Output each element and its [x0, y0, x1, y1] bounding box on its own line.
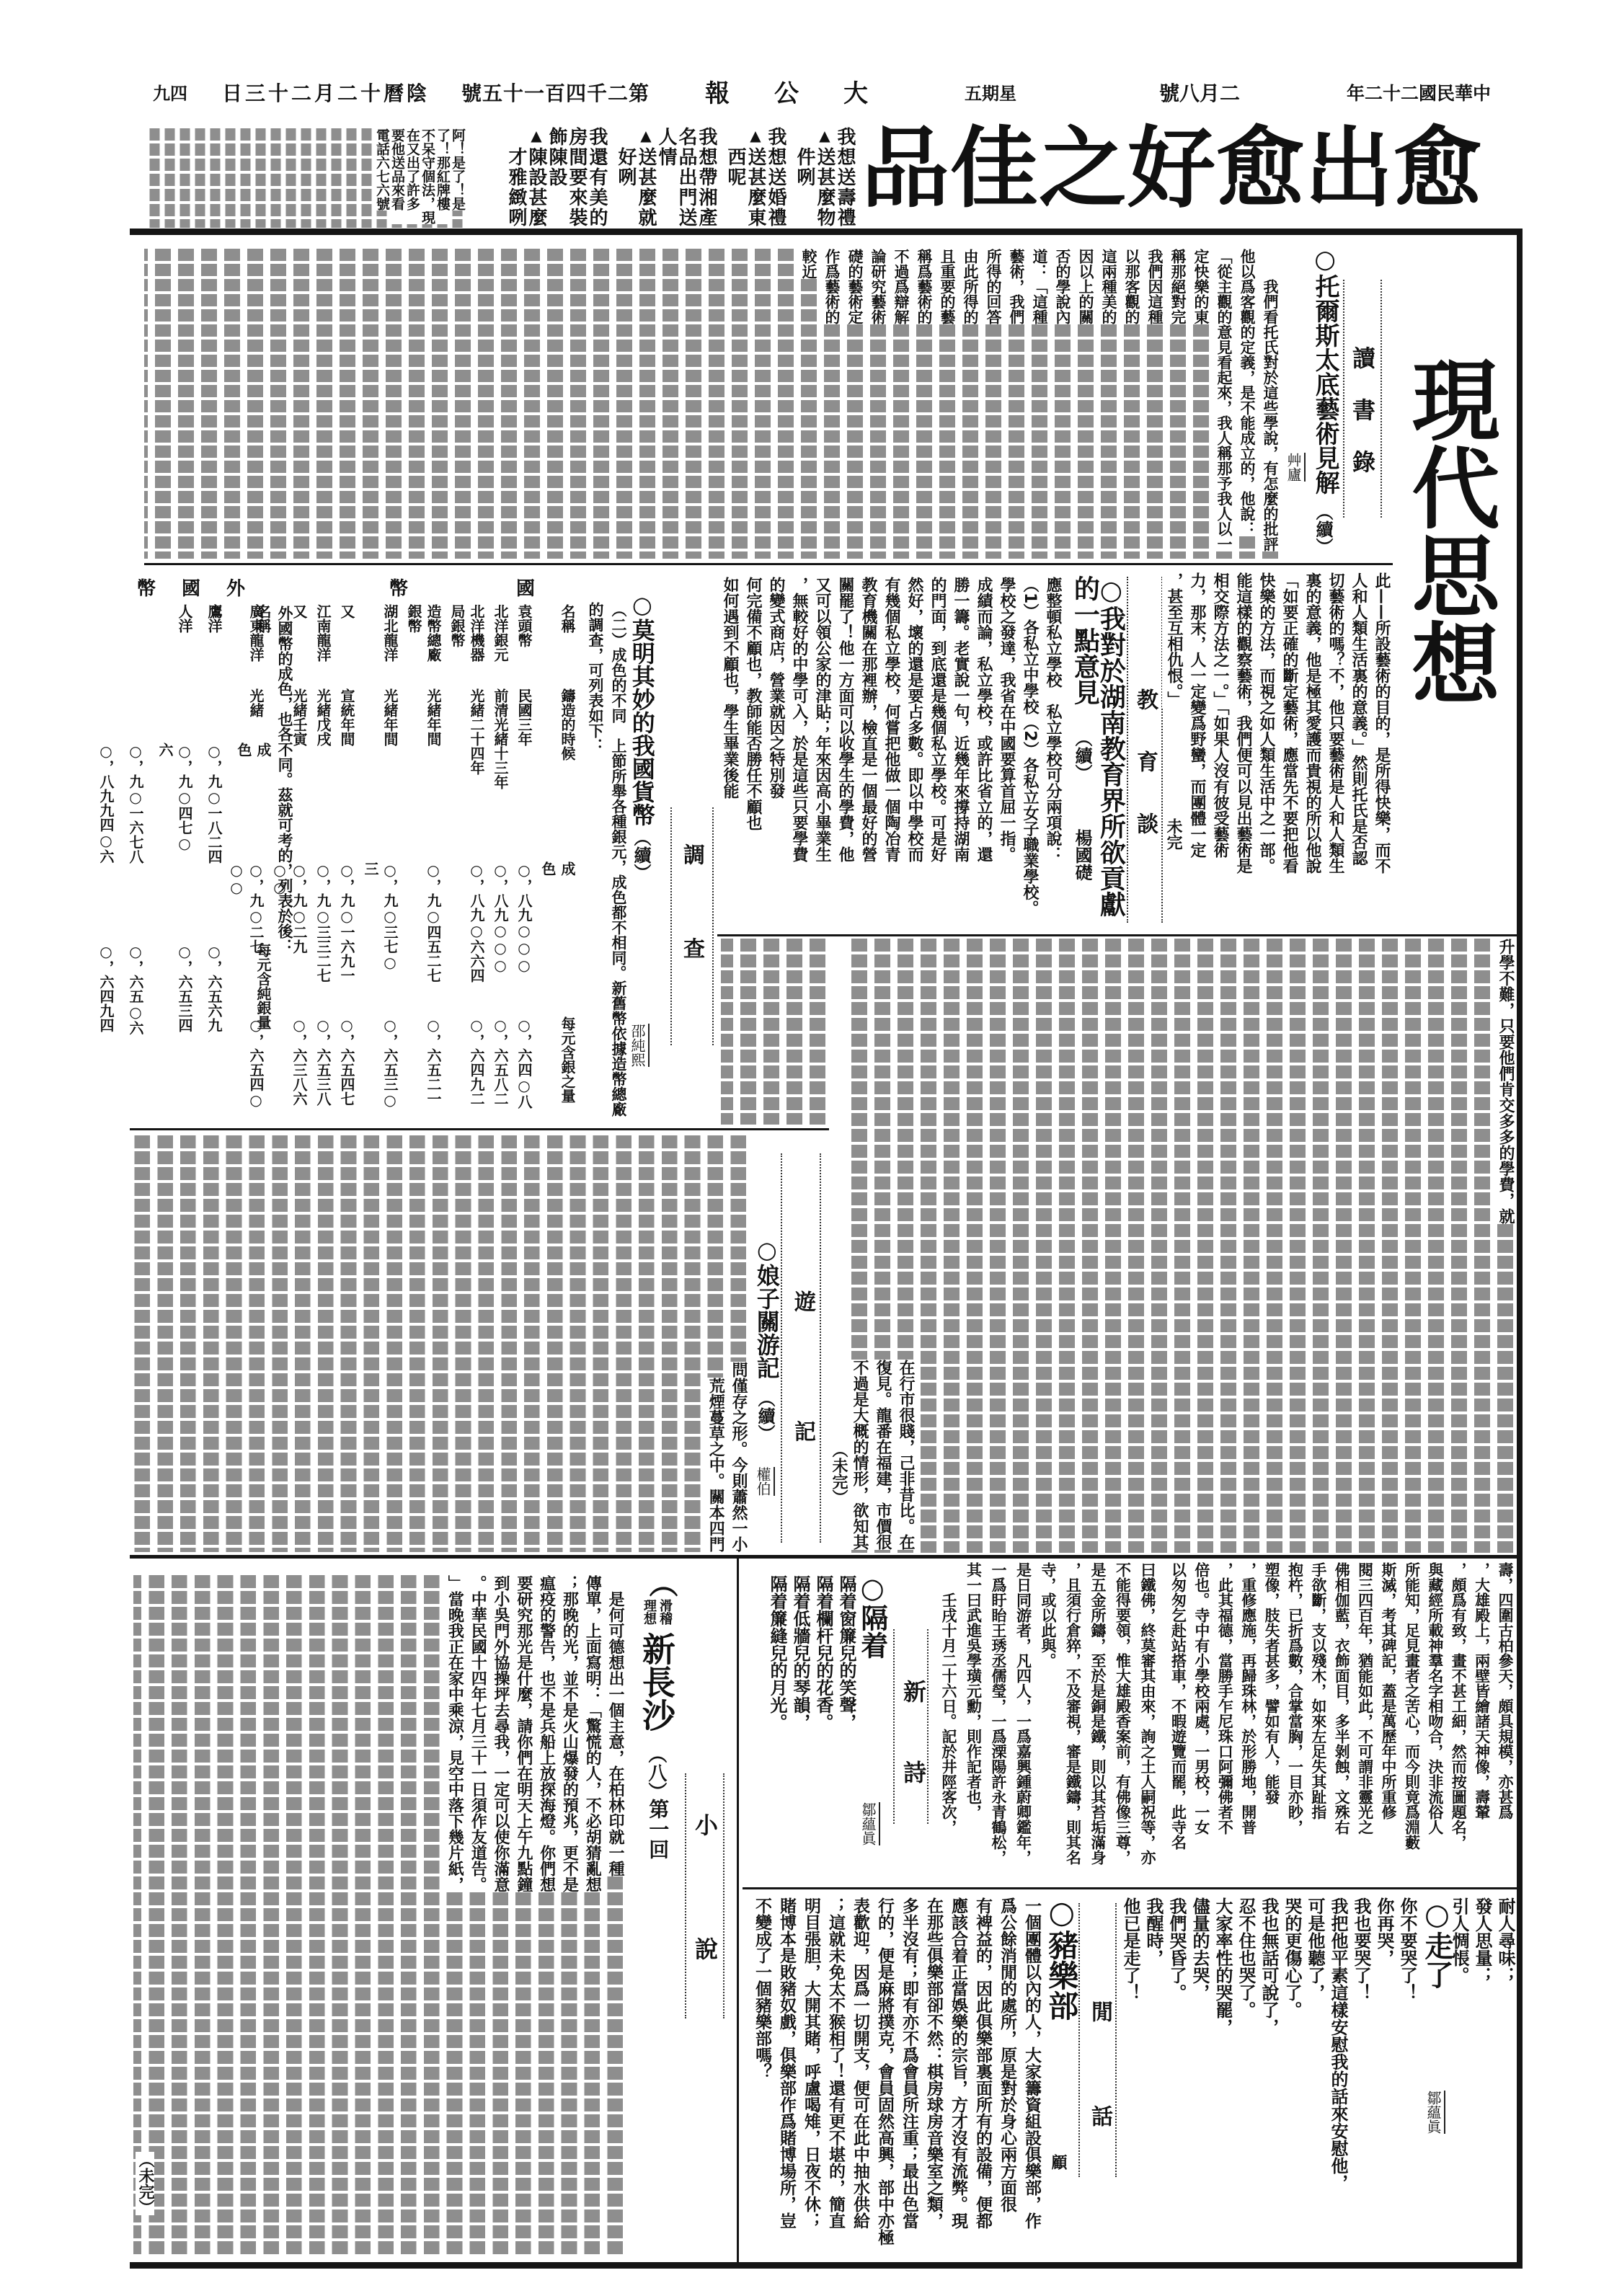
poem-line: 隔着窗簾兒的笑聲， [835, 1575, 858, 1731]
article-body-fiction: 是何可德想出一個主意，在柏林印就一種傳單，上面寫明：「驚慌的人，不必胡猜亂想；那… [133, 1575, 626, 2256]
table-row: 鷹洋 ○，九○一八二四 ○，六五六九 [204, 604, 223, 1044]
silver-content: ○，六五二一 [423, 1016, 443, 1125]
header-cell: 每元含銀之量 [557, 1016, 577, 1125]
text-column: 是何可德想出一個主意，在柏林印就一種 [603, 1575, 626, 1876]
text-column: 否的學說內 [1051, 249, 1074, 324]
text-column: ，且須行倉猝，不及審視，審是鐵鑄，則其名 [1060, 1562, 1086, 1865]
text-column: 曰鐵佛，終莫審其由來，詢之土人嗣祝等，亦 [1135, 1562, 1161, 1865]
advert-notice-text: 阿！是了！是了！那紅牌樓 不呆守個法，現在又出了許多 要他送品來看 電話六七六號 [374, 128, 466, 224]
advert-answer-text: 送甚麼物件咧 [794, 147, 836, 228]
text-column: 快樂的方法，而視之如人類生活中之一部。 [1254, 572, 1277, 874]
text-column: 這兩種美的 [1097, 249, 1120, 324]
text-column: 「如要正確的斷定藝術，應當先不要把他看 [1277, 572, 1300, 874]
text-column: 明目張胆，大開其賭，呼盧喝雉，日夜不休； [799, 1897, 823, 2229]
text-column: 」當晚我正在家中乘涼，見空中落下幾片紙， [443, 1575, 466, 1892]
continued-text-columns [721, 939, 829, 1125]
header-cell: 名稱 [557, 604, 577, 670]
text-column: ，頗爲有致，畫不甚工細，然而按圖題名， [1447, 1562, 1470, 1850]
text-column: 應該合着正當娛樂的宗旨，方才沒有流弊。現 [946, 1897, 970, 2229]
poem-line: 我們哭昏了。 [1165, 1897, 1188, 2001]
text-column: 所能知，足見畫者之苦心，而今則竟爲淵藪 [1400, 1562, 1423, 1850]
text-column: 是五金所鑄，至於是銅是鐵，則以其苔垢滿身 [1086, 1562, 1111, 1865]
coin-name: 又 [337, 604, 356, 670]
to-be-continued-mark: （未完） [136, 2152, 154, 2215]
advert-answer: ▲送甚麼物件咧 [794, 127, 835, 229]
text-column: 在那些俱樂部卻不然：棋房球房音樂室之類， [921, 1897, 946, 2229]
fineness: ○，九○一八二四 [204, 743, 223, 865]
section-rule [130, 1555, 1517, 1559]
wavy-divider [927, 1629, 930, 1824]
section-label-education: 教育談 [1133, 688, 1157, 874]
poem-line: 哭的更傷心了。 [1280, 1897, 1303, 2018]
issue-number: 第二千四百一十五號 [461, 79, 650, 108]
to-be-continued-mark: 未完 [1164, 818, 1182, 850]
article-body-tolstoy-continued: 此——所設藝術的目的，是所得快樂，而不人和人類生活裏的意義。」然則托氏是否認切藝… [1162, 572, 1393, 893]
fineness: ○，八九九四○六 [96, 743, 115, 865]
text-column: 人和人類生活裏的意義。」然則托氏是否認 [1347, 572, 1370, 866]
poem-line: 我也無話可說了， [1257, 1897, 1280, 2036]
wavy-divider [670, 807, 673, 1045]
advert-item: 我想送壽禮 ▲送甚麼物件咧 [794, 127, 855, 229]
text-column: 不過爲辯解 [890, 249, 913, 324]
text-column: 作爲藝術的 [820, 249, 843, 324]
coin-name: 袁頭幣 [514, 604, 533, 670]
table-row: 造幣總廠銀幣 光緒年間 ○，九○四五二七 ○，六五二一 [404, 604, 443, 1125]
wavy-divider [723, 1773, 726, 2018]
text-column: 斯滅，考其碑記，蓋是萬歷年中所重修 [1377, 1562, 1400, 1819]
table-caption-domestic: 國幣 [389, 574, 643, 600]
text-column: 升學不難，只要他們肯交多多的學費，就 [1494, 939, 1517, 1224]
text-column: 較近 [797, 249, 820, 279]
section-rule [743, 1887, 1517, 1889]
text-column: 復見。龍番在福建，市價很 [871, 1360, 894, 1550]
text-column: 他以爲客觀的定義，是不能成立的，他說： [1236, 249, 1259, 536]
wavy-divider [820, 1153, 823, 1543]
foreign-coin-intro: 外國幣的成色，也各不同。茲就可考的，列表於後： [274, 606, 296, 1125]
text-column: 表歡迎，因爲一切開支，便可在此中抽水供給 [848, 1897, 872, 2229]
article-title-education-line-1: ○我對於湖南教育界所欲貢獻 [1096, 575, 1125, 917]
header-cell: 每元含純銀量 [253, 943, 272, 1044]
right-border-rule [1517, 229, 1523, 2269]
domestic-coin-table: 名稱 鑄造的時候 成色 每元含銀之量 袁頭幣 民國三年 ○，八九○○○ ○，六四… [294, 604, 577, 1125]
poem-line: 我把他平素這樣安慰我的話來安慰他， [1326, 1897, 1350, 2191]
article-author: 邵純熙 [629, 1024, 650, 1067]
text-column: 且重要的藝 [936, 249, 959, 324]
article-body-travel: 問僅存之形。今則蕭然一小荒煙蔓草之中。關本四門 [133, 1135, 750, 1552]
poem-line: 他已是走了！ [1119, 1897, 1142, 2001]
text-column: 然好，壞的還是要占多數。即以中學校而 [903, 577, 926, 862]
fineness: ○，九○三三二七 [313, 861, 332, 984]
currency-continuation: 在行市很賤，己非昔比。在復見。龍番在福建，市價很不過是大概的情形，欲知其 [848, 939, 917, 1550]
text-column: 一個團體以內的人，大家籌資組設俱樂部，作 [1019, 1897, 1044, 2229]
advert-item: 我想帶湘產名品出門送人情 ▲送甚麼就好咧 [616, 127, 717, 229]
article-body-travel-continued: 曰鐵佛，終莫審其由來，詢之土人嗣祝等，亦不能得要領，惟大雄殿香案前，有佛像三尊，… [936, 1562, 1160, 1887]
advert-question: 我想帶湘產名品出門送人情 [656, 127, 717, 229]
text-column: 到小吳門外協操坪去尋我，一定可以使你滿意 [489, 1575, 512, 1892]
advert-answer: ▲陳設甚麼才雅緻咧 [506, 127, 546, 229]
fiction-part: （八） [644, 1745, 666, 1801]
fineness: ○，九○一六七八 [125, 743, 145, 865]
text-column: 「從主觀的意見看起來，我人稱那予我人以一 [1213, 249, 1236, 551]
table-caption-foreign: 外國幣 [137, 574, 271, 600]
mint-period: 光緒戊戌 [313, 688, 332, 811]
fiction-chapter: 第一回 [646, 1799, 669, 1859]
table-row: 人洋 ○，九○四七○六 ○，六五三四 [155, 604, 194, 1044]
text-column: 能這樣的觀察藝術，我們便可以見出藝術是 [1231, 572, 1254, 874]
text-column: 定快樂的東 [1189, 249, 1213, 324]
wavy-divider [781, 1153, 784, 1543]
text-column: 又可以領公家的津貼；年來因高小畢業生 [810, 577, 833, 862]
section-rule [717, 934, 1517, 936]
text-column: 論研究藝術 [867, 249, 890, 324]
advert-answer: ▲送甚麼東西呢 [725, 127, 766, 229]
text-column: 要研究那光是什麼，請你們在明天上午九點鐘 [512, 1575, 535, 1892]
mint-period: 宣統年間 [337, 688, 356, 811]
text-column: 稱爲藝術的 [913, 249, 936, 324]
article-title-tolstoy: ○托爾斯太底藝術見解 [1311, 245, 1339, 495]
text-column: 以那客觀的 [1120, 249, 1143, 324]
text-column: 壽，四圍古柏參天，頗具規模，亦甚爲 [1494, 1562, 1517, 1819]
article-title-education-line-2: 的一點意見 [1070, 575, 1099, 705]
silver-content: ○，六五六九 [204, 943, 223, 1044]
text-column: ；這就未免太不猴相了！還有更不堪的，簡直 [823, 1897, 848, 2229]
advert-question: 我還有美的房間要來裝飾陳設 [546, 127, 607, 229]
table-row: 袁頭幣 民國三年 ○，八九○○○ ○，六四○八 [514, 604, 533, 1125]
text-column: 學校之發達，我省在中國要算首屈一指。 [995, 577, 1018, 862]
fineness: ○，九○一六九一 [337, 861, 356, 984]
text-column: 塑像，肢失者甚多，譬如有人，能發 [1260, 1562, 1283, 1804]
continued-mark: （續） [755, 1390, 774, 1442]
poem-line: 發人思量； [1471, 1897, 1494, 1984]
mint-period: 光緒二十四年 [466, 688, 486, 811]
column-divider [737, 1559, 739, 2262]
poem-line: 我也要哭了！ [1350, 1897, 1373, 2001]
text-column: 切藝術的嗎？不，他只要藝術是人和人類生 [1324, 572, 1347, 874]
text-column: 成績而論，私立學校，或許比省立的，還 [972, 577, 995, 862]
text-column: 以匆匆乞赴站搭車，不暇遊覽而罷，此寺名 [1166, 1562, 1189, 1850]
text-column: 賭博本是敗豬奴戲，俱樂部作爲賭博場所，豈 [774, 1897, 799, 2229]
text-column: 的變式商店，營業就因之特別發 [764, 577, 787, 799]
poem-line: 儘量的去哭， [1188, 1897, 1211, 2001]
text-column: 道：「這種 [1028, 249, 1051, 324]
text-column: 問僅存之形。今則蕭然一小 [727, 1362, 750, 1552]
text-column: 瘟疫的警告，也不是兵船上放探海燈。你們想 [535, 1575, 558, 1892]
header-cell: 鑄造的時候 [557, 688, 577, 811]
article-body-chat: 一個團體以內的人，大家籌資組設俱樂部，作爲公餘消閒的處所，原是對於身心兩方面很有… [750, 1897, 1044, 2258]
text-column: 力，那末，人一定變爲野蠻，而團體一定 [1185, 572, 1208, 858]
mint-period: 前清光緒十三年 [490, 688, 510, 811]
text-column: ；那晚的光，並不是火山爆發的預兆，更不是 [558, 1575, 581, 1892]
mint-period: 光緒年間 [380, 688, 399, 811]
wavy-divider [1343, 280, 1346, 518]
fineness: ○，八九○○○ [490, 861, 510, 984]
text-column: 手欲斷，支以殘木，如來左足失其趾指 [1306, 1562, 1329, 1819]
text-column: 相交際方法之一。」「如果人沒有彼受藝術 [1208, 572, 1231, 858]
text-column: 倍也。寺中有小學校兩處，一男校，一女 [1190, 1562, 1213, 1835]
text-column: 有幾個私立學校，何嘗把他做一個陶冶青 [879, 577, 903, 862]
table-row: 江南龍洋 光緒戊戌 ○，九○三三二七 ○，六五三八 [313, 604, 332, 1125]
table-row: 北洋銀元 前清光緒十三年 ○，八九○○○ ○，六五八二 [490, 604, 510, 1125]
advert-question-list: 我想送壽禮 ▲送甚麼物件咧 我想送婚禮 ▲送甚麼東西呢 我想帶湘產名品出門送人情… [500, 127, 855, 231]
article-author: 艸廬 [1285, 453, 1306, 482]
silver-content: ○，六五八二 [490, 1016, 510, 1125]
advert-answer-text: 送甚麼就好咧 [615, 147, 657, 228]
text-column: 裏的意義，他是極其愛護而貴視的所以他說 [1300, 572, 1324, 874]
section-label-travel: 遊記 [790, 1290, 815, 1550]
bottom-border-rule [130, 2262, 1523, 2269]
text-column: 應整頓私立學校 私立學校可分兩項說： [1041, 577, 1064, 862]
text-column: 不變成了一個豬樂部嗎？ [750, 1897, 774, 2080]
mint-period: 光緒年間 [423, 688, 443, 811]
issue-date: 二月八號 [1159, 79, 1240, 108]
text-column: 寺，或以此與。 [1036, 1562, 1061, 1668]
section-label-reading-notes: 讀書錄 [1350, 346, 1375, 502]
section-rule [130, 1128, 829, 1130]
text-column: 因以上的關 [1074, 249, 1097, 324]
wavy-divider [685, 1773, 688, 2018]
wavy-divider [712, 807, 715, 1045]
text-column: 我們因這種 [1143, 249, 1166, 324]
coin-name: 江南龍洋 [313, 604, 332, 670]
text-column: 藝術，我們 [1005, 249, 1028, 324]
advert-headline: 愈出愈好之佳品 [861, 114, 1482, 222]
poem-line: 你再哭， [1373, 1897, 1396, 1967]
silver-content: ○，六五○六 [125, 943, 145, 1044]
header-cell: 成色 [234, 743, 272, 865]
foreign-coin-table: 名稱 成色 每元含純銀量 鷹洋 ○，九○一八二四 ○，六五六九 人洋 ○，九○四… [131, 604, 272, 1051]
article-title-travel: ○娘子關游記 [753, 1236, 780, 1379]
text-column: 的門面，到底還是幾個私立學校。可是好 [926, 577, 949, 862]
text-column: 行的，便是麻將撲克，會員固然高興，部中亦極 [872, 1897, 897, 2246]
issue-year: 中華民國二十二年 [1347, 79, 1491, 108]
coin-name: 人洋 [174, 604, 194, 670]
section-label-poetry: 新詩 [901, 1680, 926, 1841]
fiction-genre: 滑稽理想 [641, 1599, 673, 1628]
column-title-modern-thought: 現代思想 [1395, 355, 1503, 706]
text-column: 稱那絕對完 [1166, 249, 1189, 324]
poem-line: 你不要哭了！ [1396, 1897, 1419, 2001]
section-label-fiction: 小說 [693, 1813, 717, 2061]
text-column: 勝一籌。老實說一句，近幾年來撐持湖南 [949, 577, 972, 862]
advert-question: 我想送壽禮 [835, 127, 855, 229]
advert-question: 我想送婚禮 [766, 127, 786, 229]
fineness: ○，九○四五二七 [423, 861, 443, 984]
text-column: 何完備不顧也，教師能否勝任不顧也 [741, 577, 764, 830]
poem-author: 鄒蘊眞 [859, 1802, 880, 1845]
mint-period: 民國三年 [514, 688, 533, 811]
advert-answer-text: 送甚麼東西呢 [724, 147, 766, 228]
header-cell: 成色 [538, 861, 577, 984]
continued-mark: （續） [1073, 730, 1091, 781]
continued-mark: （續） [631, 829, 650, 881]
article-author: 權伯 [754, 1467, 775, 1496]
text-column: 教育機關在那裡辦，檢直是一個最好的營 [856, 577, 879, 862]
coin-name: 北洋機器局銀幣 [447, 604, 486, 670]
section-label-survey: 調查 [679, 843, 704, 1031]
text-column: （1）各私立中學校（2）各私立女子職業學校。 [1018, 577, 1041, 916]
text-column: 有裨益的，因此俱樂部裏面所有的設備，便都 [970, 1897, 995, 2229]
text-column: 關罷了！他一方面可以收學生的學費，他 [833, 577, 856, 862]
article-body-travel-continued: 壽，四圍古柏參天，頗具規模，亦甚爲，大雄殿上，兩壁皆繪諸天神像，壽輦，頗爲有致，… [1166, 1562, 1517, 1887]
wavy-divider [1381, 280, 1383, 518]
text-column: 。中華民國十四年七月三十一日須作友道告。 [466, 1575, 489, 1892]
table-row: 又 宣統年間 ○，九○一六九一 ○，六五四七 [337, 604, 356, 1125]
poem-lines-continued: 耐人尋味；發人思量；引人惆悵。 [1448, 1897, 1517, 2042]
coin-name: 北洋銀元 [490, 604, 510, 670]
silver-content: ○，六四九四 [96, 943, 115, 1044]
text-column: 佛相伽藍，衣飾面目，多半剝蝕，文殊右 [1330, 1562, 1353, 1835]
text-column: 一爲盱眙王琇丞儒瑩，一爲溧陽許永青鶴松， [986, 1562, 1011, 1865]
poem-line: 忍不住也哭了。 [1234, 1897, 1257, 2018]
silver-content: ○，六五四七 [337, 1016, 356, 1125]
article-body-tolstoy: 我們看托氏對於這些學說，有怎麼的批評他以爲客觀的定義，是不能成立的，他說：「從主… [144, 249, 1282, 559]
text-column: 多半沒有；即有亦不爲會員所注重；最出色當 [897, 1897, 921, 2229]
fineness: ○，九○四七○六 [155, 743, 194, 865]
newspaper-name: 大公報 [705, 79, 913, 108]
advert-item: 我還有美的房間要來裝飾陳設 ▲陳設甚麼才雅緻咧 [506, 127, 607, 229]
text-column: 傳單，上面寫明：「驚慌的人，不必胡猜亂想 [580, 1575, 603, 1892]
text-column: 閱三四百年，猶能如此，不可謂非靈光之 [1353, 1562, 1376, 1835]
article-author: 楊國礎 [1073, 829, 1091, 881]
text-column: 壬戌十月二十六日。記於井陘客次， [936, 1562, 962, 1835]
table-row: ○，八九九四○六 ○，六四九四 [96, 604, 115, 1044]
triangle-marker-icon: ▲ [526, 127, 546, 146]
poem-line: 隔着欄杆兒的花香。 [812, 1575, 835, 1731]
text-column: 荒煙蔓草之中。關本四門 [704, 1378, 727, 1552]
article-intro: （二）成色的不同 上節所舉各種銀元，成色都不相同。新舊幣依據造幣總廠的調查，可列… [584, 602, 630, 1121]
text-column: 礎的藝術定 [843, 249, 867, 324]
silver-content: ○，六五三四 [174, 943, 194, 1044]
article-body-education: 應整頓私立學校 私立學校可分兩項說：（1）各私立中學校（2）各私立女子職業學校。… [718, 577, 1064, 924]
coin-name: 湖北龍洋 [380, 604, 399, 670]
poem-lines: 你不要哭了！你再哭，我也要哭了！我把他平素這樣安慰我的話來安慰他，可是他聽了，哭… [1119, 1897, 1419, 2258]
coin-name: 鷹洋 [204, 604, 223, 670]
advert-notice: 阿！是了！是了！那紅牌樓 不呆守個法，現在又出了許多 要他送品來看 電話六七六號 [148, 128, 465, 228]
wavy-divider [1115, 1903, 1118, 2177]
section-rule [144, 563, 1393, 565]
coin-name: 造幣總廠銀幣 [404, 604, 443, 670]
text-column: 不能得要領，惟大雄殿香案前，有佛像三尊， [1110, 1562, 1135, 1865]
article-title-chat: ○豬樂部 [1044, 1894, 1078, 2021]
poem-line: 我醒時， [1142, 1897, 1165, 1967]
text-column: ，無較好的中學可入，於是這些只要學費 [787, 577, 810, 862]
article-author: 顧 [1048, 2154, 1067, 2170]
text-column: 如何遇到不顧也，學生畢業後能 [718, 577, 741, 799]
advert-answer-text: 陳設甚麼才雅緻咧 [505, 147, 547, 228]
section-label-chat: 閒話 [1087, 2000, 1112, 2209]
poem-title: ○隔着 [856, 1572, 888, 1659]
fineness: ○，九○三七○三 [360, 861, 399, 984]
education-continuation: 升學不難，只要他們肯交多多的學費，就 [1494, 939, 1517, 1553]
advert-answer: ▲送甚麼就好咧 [616, 127, 656, 229]
text-column: 由此所得的 [959, 249, 982, 324]
text-column: 抱杵，已折爲數，合掌當胸，一目亦眇， [1283, 1562, 1306, 1835]
fineness: ○，八九○○○ [514, 861, 533, 984]
newspaper-page: 四九 陰曆十二月二十三日 第二千四百一十五號 大公報 星期五 二月八號 中華民國… [0, 0, 1622, 2296]
text-column: 其一曰武進吳學璜元勳，則作記者也， [961, 1562, 986, 1819]
table-header-column: 名稱 鑄造的時候 成色 每元含銀之量 [538, 604, 577, 1125]
text-column: ，此其福德，當勝手乍尼珠口阿彌佛者不 [1213, 1562, 1236, 1835]
continued-text-columns [848, 939, 1517, 1553]
continued-mark: （續） [1313, 503, 1332, 555]
text-column: 所得的回答 [982, 249, 1005, 324]
triangle-marker-icon: ▲ [636, 127, 656, 146]
triangle-marker-icon: ▲ [745, 127, 766, 146]
poem-line: 耐人尋味； [1494, 1897, 1517, 1984]
fiction-title: 新長沙 [637, 1632, 675, 1732]
text-column: 不過是大概的情形，欲知其 [848, 1360, 871, 1550]
text-column: 爲公餘消閒的處所，原是對於身心兩方面很 [995, 1897, 1019, 2212]
text-column: 與藏經所載神羣名字相吻合，決非流俗人 [1423, 1562, 1446, 1835]
poem-line: 隔着低牆兒的琴韻， [789, 1575, 812, 1731]
advert-item: 我想送婚禮 ▲送甚麼東西呢 [725, 127, 786, 229]
text-column: ，重修應施，再歸珠林，於形勝地，開普 [1236, 1562, 1259, 1835]
text-column: 此——所設藝術的目的，是所得快樂，而不 [1370, 572, 1393, 874]
wavy-divider [1127, 577, 1130, 923]
silver-content: ○，六四○八 [514, 1016, 533, 1125]
silver-content: ○，六五三八 [313, 1016, 332, 1125]
article-title-currency: ○莫明其妙的我國貨幣 [629, 591, 655, 826]
lunar-date: 陰曆十二月二十三日 [222, 79, 430, 108]
wavy-divider [893, 1629, 896, 1824]
poem-author: 鄒蘊眞 [1424, 2091, 1445, 2134]
top-thick-rule [130, 229, 1523, 235]
title-bracket: （ [644, 1569, 678, 1597]
silver-content: ○，六四九二 [466, 1016, 486, 1125]
poem-line: 大家率性的哭罷， [1211, 1897, 1234, 2036]
weekday: 星期五 [965, 79, 1016, 108]
text-column: 在行市很賤，己非昔比。在 [894, 1360, 917, 1550]
text-column: ，大雄殿上，兩壁皆繪諸天神像，壽輦 [1470, 1562, 1493, 1819]
table-row: ○，九○一六七八 ○，六五○六 [125, 604, 145, 1044]
header-cell: 名稱 [253, 604, 272, 670]
poem-line: 隔着簾縫兒的月光。 [766, 1575, 789, 1731]
silver-content: ○，六五三○ [380, 1016, 399, 1125]
to-be-continued-mark: （未完） [829, 1442, 848, 1505]
text-column: ，甚至互相仇恨。」 [1162, 572, 1185, 707]
table-row: 湖北龍洋 光緒年間 ○，九○三七○三 ○，六五三○ [360, 604, 399, 1125]
poem-title: ○走了 [1420, 1897, 1453, 1989]
text-column: 我們看托氏對於這些學說，有怎麼的批評 [1259, 249, 1282, 551]
page-number: 四九 [153, 79, 187, 108]
text-column: 是日同游者，凡四人，一爲嘉興鍾蔚卿鑑年， [1011, 1562, 1036, 1865]
triangle-marker-icon: ▲ [815, 127, 835, 146]
table-row: 北洋機器局銀幣 光緒二十四年 ○，八九○六六四 ○，六四九二 [447, 604, 486, 1125]
table-header-column: 名稱 成色 每元含純銀量 [234, 604, 272, 1044]
fineness: ○，八九○六六四 [466, 861, 486, 984]
poem-line: 可是他聽了， [1303, 1897, 1326, 2001]
poem-lines: 隔着窗簾兒的笑聲，隔着欄杆兒的花香。隔着低牆兒的琴韻，隔着簾縫兒的月光。 [766, 1575, 858, 1878]
